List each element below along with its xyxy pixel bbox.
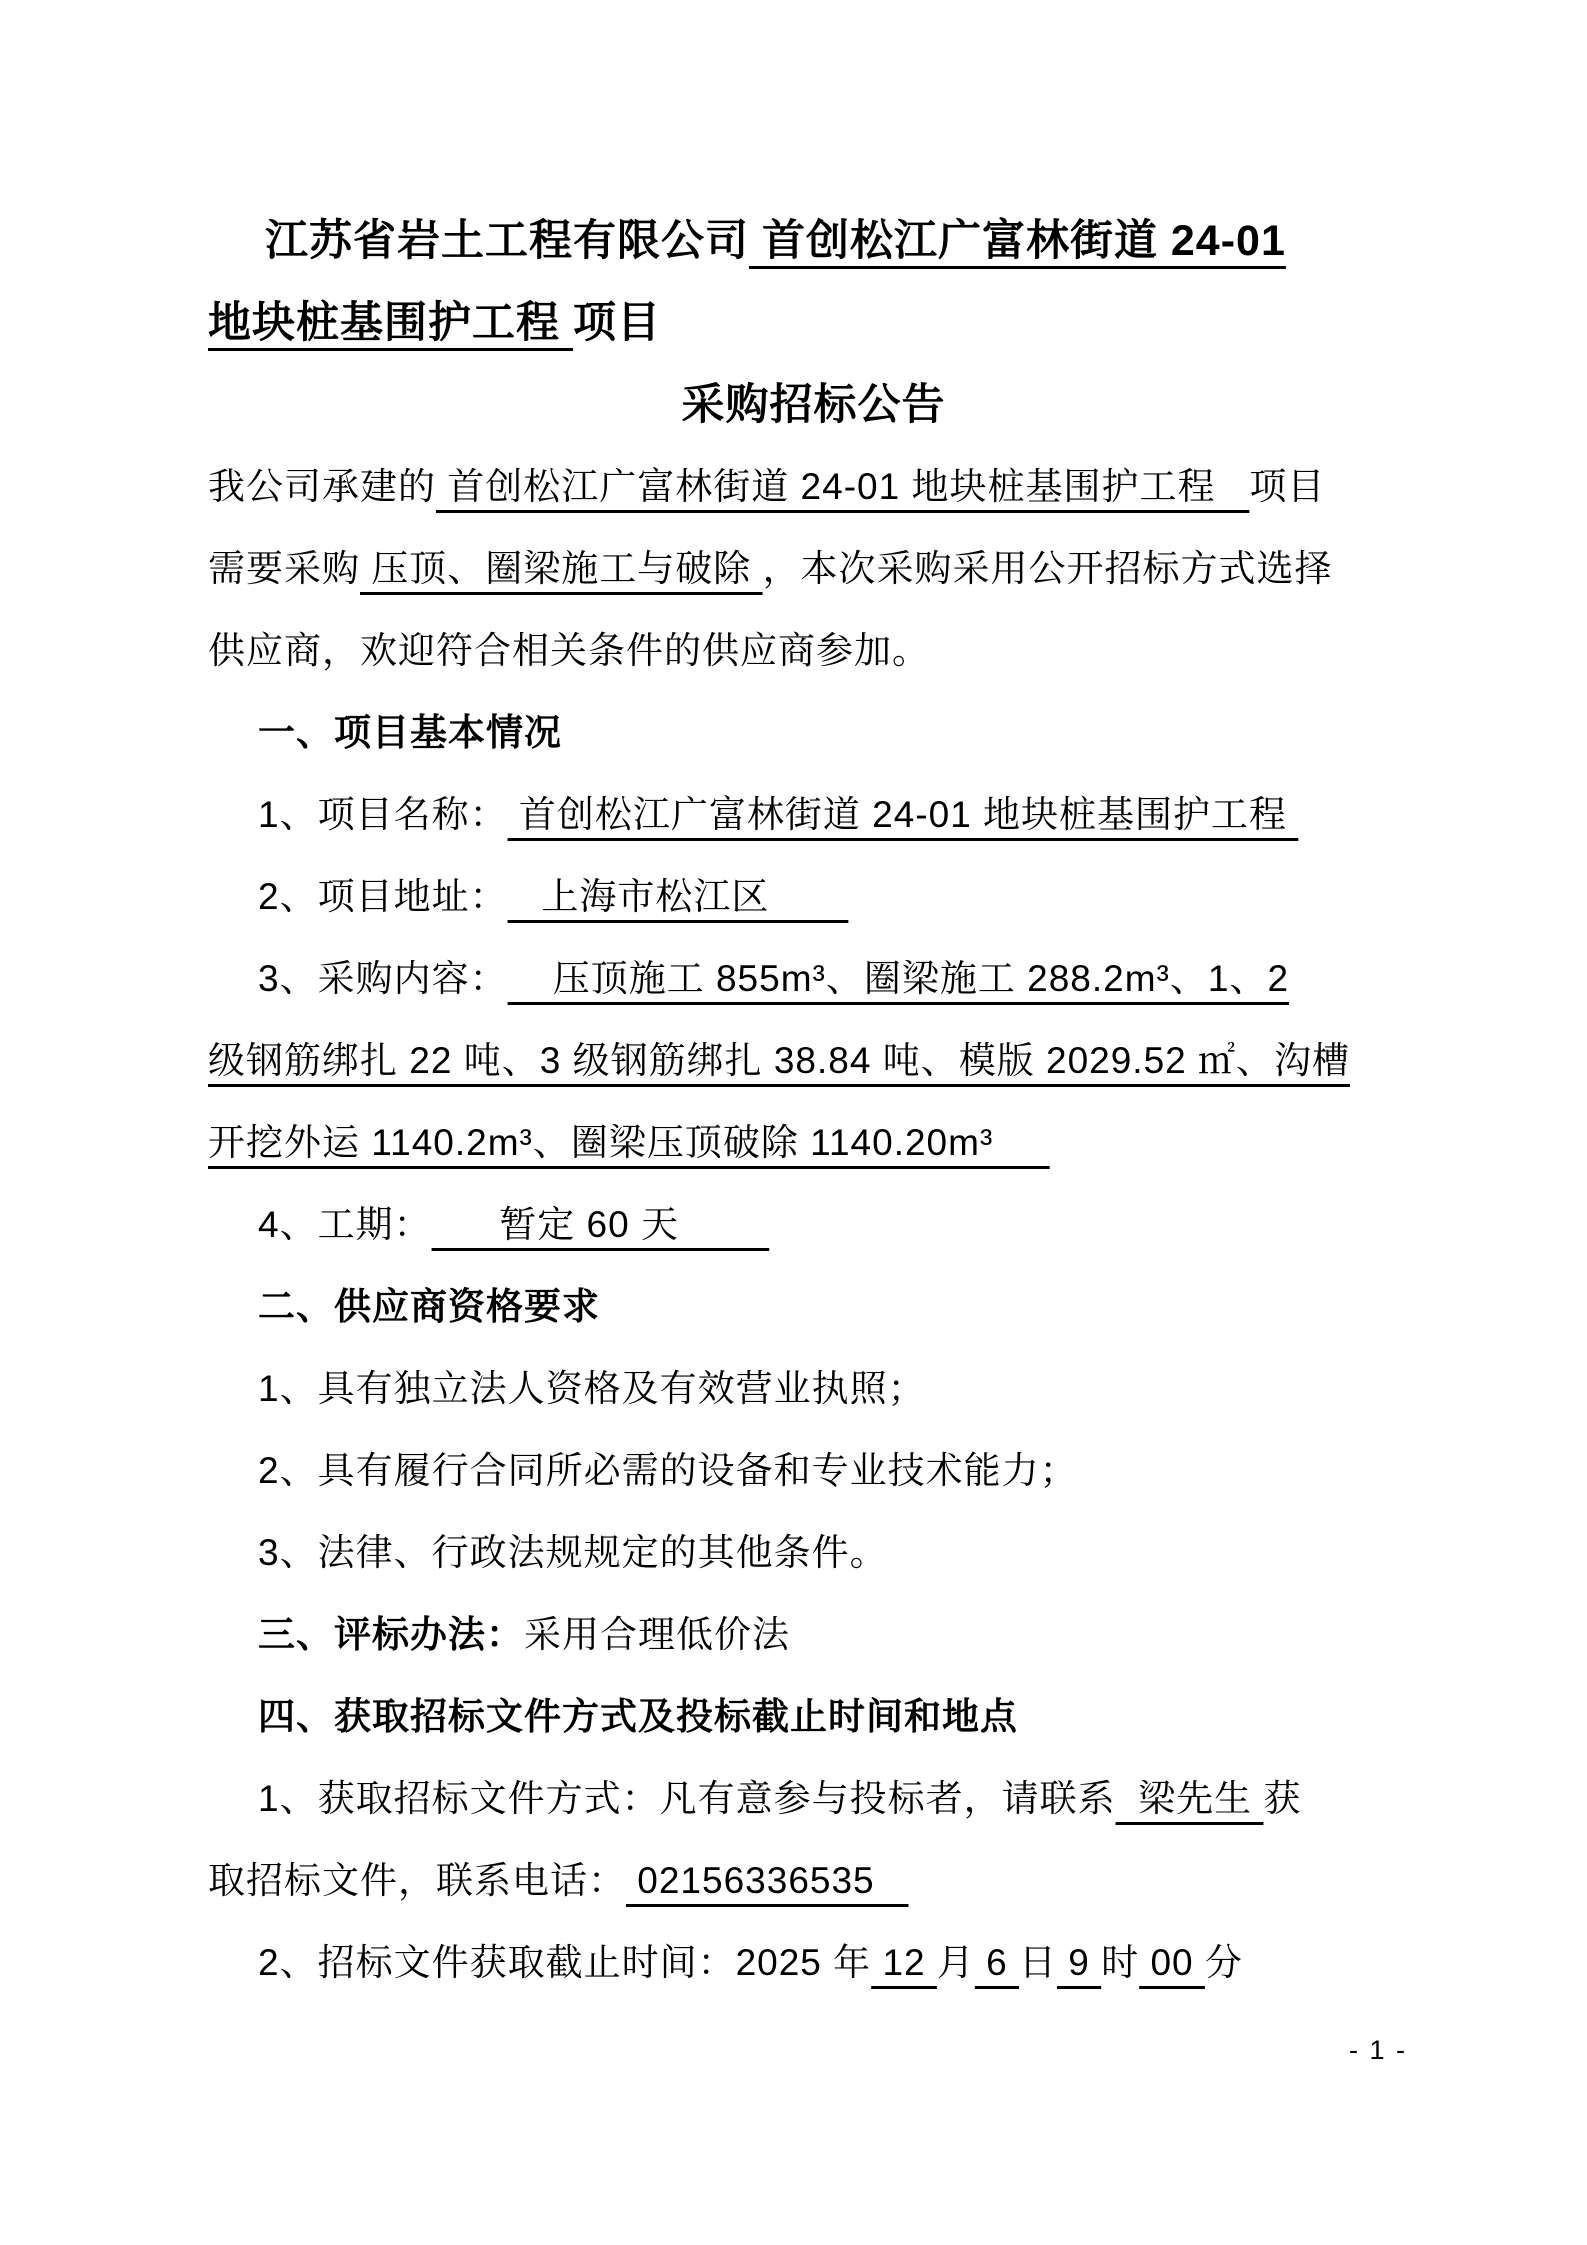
document-page: 江苏省岩土工程有限公司 首创松江广富林街道 24-01 地块桩基围护工程 项目 … xyxy=(0,0,1587,2245)
section-1-heading: 一、项目基本情况 xyxy=(208,692,1419,774)
intro-closing: 供应商，欢迎符合相关条件的供应商参加。 xyxy=(208,630,930,671)
qualification-item-2-text: 2、具有履行合同所必需的设备和专业技术能力； xyxy=(258,1450,1078,1491)
deadline-prefix: 2、招标文件获取截止时间：2025 年 xyxy=(258,1942,871,1983)
qualification-item-1: 1、具有独立法人资格及有效营业执照； xyxy=(208,1348,1419,1430)
purchase-content-value-3: 开挖外运 1140.2m³、圈梁压顶破除 1140.20m³ xyxy=(208,1122,1050,1163)
purchase-content-item-line-3: 开挖外运 1140.2m³、圈梁压顶破除 1140.20m³ xyxy=(208,1102,1419,1184)
qualification-item-1-text: 1、具有独立法人资格及有效营业执照； xyxy=(258,1368,926,1409)
intro-line-1: 我公司承建的 首创松江广富林街道 24-01 地块桩基围护工程 项目 xyxy=(208,446,1419,528)
project-address-value: 上海市松江区 xyxy=(508,876,849,917)
purchase-content-label: 3、采购内容： xyxy=(258,958,508,999)
obtain-document-prefix: 1、获取招标文件方式：凡有意参与投标者，请联系 xyxy=(258,1778,1116,1819)
deadline-minute-label: 分 xyxy=(1205,1942,1243,1983)
deadline-day-label: 日 xyxy=(1019,1942,1057,1983)
duration-value: 暂定 60 天 xyxy=(432,1204,770,1245)
page-number-text: - 1 - xyxy=(1349,2035,1407,2065)
deadline-month-label: 月 xyxy=(937,1942,975,1983)
purchase-content-value-2: 级钢筋绑扎 22 吨、3 级钢筋绑扎 38.84 吨、模版 2029.52 ㎡、… xyxy=(208,1040,1350,1081)
duration-label: 4、工期： xyxy=(258,1204,432,1245)
intro-purchase-prefix: 需要采购 xyxy=(208,548,360,589)
contact-person-underline: 梁先生 xyxy=(1116,1778,1264,1819)
intro-purchase-suffix: ，本次采购采用公开招标方式选择 xyxy=(763,548,1333,589)
qualification-item-3: 3、法律、行政法规规定的其他条件。 xyxy=(208,1512,1419,1594)
obtain-document-line-1: 1、获取招标文件方式：凡有意参与投标者，请联系 梁先生 获 xyxy=(208,1758,1419,1840)
deadline-hour-label: 时 xyxy=(1101,1942,1139,1983)
evaluation-method-value: 采用合理低价法 xyxy=(524,1614,790,1655)
deadline-month-value: 12 xyxy=(871,1942,937,1983)
purchase-content-value-1: 压顶施工 855m³、圈梁施工 288.2m³、1、2 xyxy=(508,958,1289,999)
purchase-items-underline: 压顶、圈梁施工与破除 xyxy=(360,548,763,589)
project-address-item: 2、项目地址： 上海市松江区 xyxy=(208,856,1419,938)
page-number: - 1 - xyxy=(1349,2035,1407,2066)
intro-line-3: 供应商，欢迎符合相关条件的供应商参加。 xyxy=(208,610,1419,692)
project-name-item: 1、项目名称： 首创松江广富林街道 24-01 地块桩基围护工程 xyxy=(208,774,1419,856)
project-name-label: 1、项目名称： xyxy=(258,794,508,835)
phone-number-underline: 02156336535 xyxy=(626,1860,908,1901)
deadline-minute-value: 00 xyxy=(1139,1942,1205,1983)
project-name-title-underline-2: 地块桩基围护工程 xyxy=(208,299,573,347)
section-3-heading: 三、评标办法：采用合理低价法 xyxy=(208,1594,1419,1676)
subtitle-text: 采购招标公告 xyxy=(682,381,946,429)
doc-subtitle: 采购招标公告 xyxy=(208,364,1419,446)
qualification-item-3-text: 3、法律、行政法规规定的其他条件。 xyxy=(258,1532,888,1573)
section-1-heading-text: 一、项目基本情况 xyxy=(258,712,562,753)
section-2-heading-text: 二、供应商资格要求 xyxy=(258,1286,600,1327)
intro-line-2: 需要采购 压顶、圈梁施工与破除 ，本次采购采用公开招标方式选择 xyxy=(208,528,1419,610)
section-4-heading-text: 四、获取招标文件方式及投标截止时间和地点 xyxy=(258,1696,1018,1737)
company-name: 江苏省岩土工程有限公司 xyxy=(265,217,749,265)
intro-suffix: 项目 xyxy=(1249,466,1325,507)
obtain-document-suffix: 获 xyxy=(1263,1778,1301,1819)
deadline-hour-value: 9 xyxy=(1057,1942,1101,1983)
title-suffix: 项目 xyxy=(573,299,661,347)
deadline-line: 2、招标文件获取截止时间：2025 年 12 月 6 日 9 时 00 分 xyxy=(208,1922,1419,2004)
deadline-day-value: 6 xyxy=(975,1942,1019,1983)
duration-item: 4、工期： 暂定 60 天 xyxy=(208,1184,1419,1266)
purchase-content-item-line-1: 3、采购内容： 压顶施工 855m³、圈梁施工 288.2m³、1、2 xyxy=(208,938,1419,1020)
section-4-heading: 四、获取招标文件方式及投标截止时间和地点 xyxy=(208,1676,1419,1758)
purchase-content-item-line-2: 级钢筋绑扎 22 吨、3 级钢筋绑扎 38.84 吨、模版 2029.52 ㎡、… xyxy=(208,1020,1419,1102)
doc-title-line-1: 江苏省岩土工程有限公司 首创松江广富林街道 24-01 xyxy=(208,200,1419,282)
project-name-value: 首创松江广富林街道 24-01 地块桩基围护工程 xyxy=(508,794,1299,835)
qualification-item-2: 2、具有履行合同所必需的设备和专业技术能力； xyxy=(208,1430,1419,1512)
evaluation-method-label: 三、评标办法： xyxy=(258,1614,524,1655)
obtain-document-line-2: 取招标文件，联系电话： 02156336535 xyxy=(208,1840,1419,1922)
doc-title-line-2: 地块桩基围护工程 项目 xyxy=(208,282,1419,364)
intro-project-name-underline: 首创松江广富林街道 24-01 地块桩基围护工程 xyxy=(436,466,1249,507)
section-2-heading: 二、供应商资格要求 xyxy=(208,1266,1419,1348)
project-name-title-underline: 首创松江广富林街道 24-01 xyxy=(749,217,1286,265)
intro-prefix: 我公司承建的 xyxy=(208,466,436,507)
phone-label: 取招标文件，联系电话： xyxy=(208,1860,626,1901)
project-address-label: 2、项目地址： xyxy=(258,876,508,917)
